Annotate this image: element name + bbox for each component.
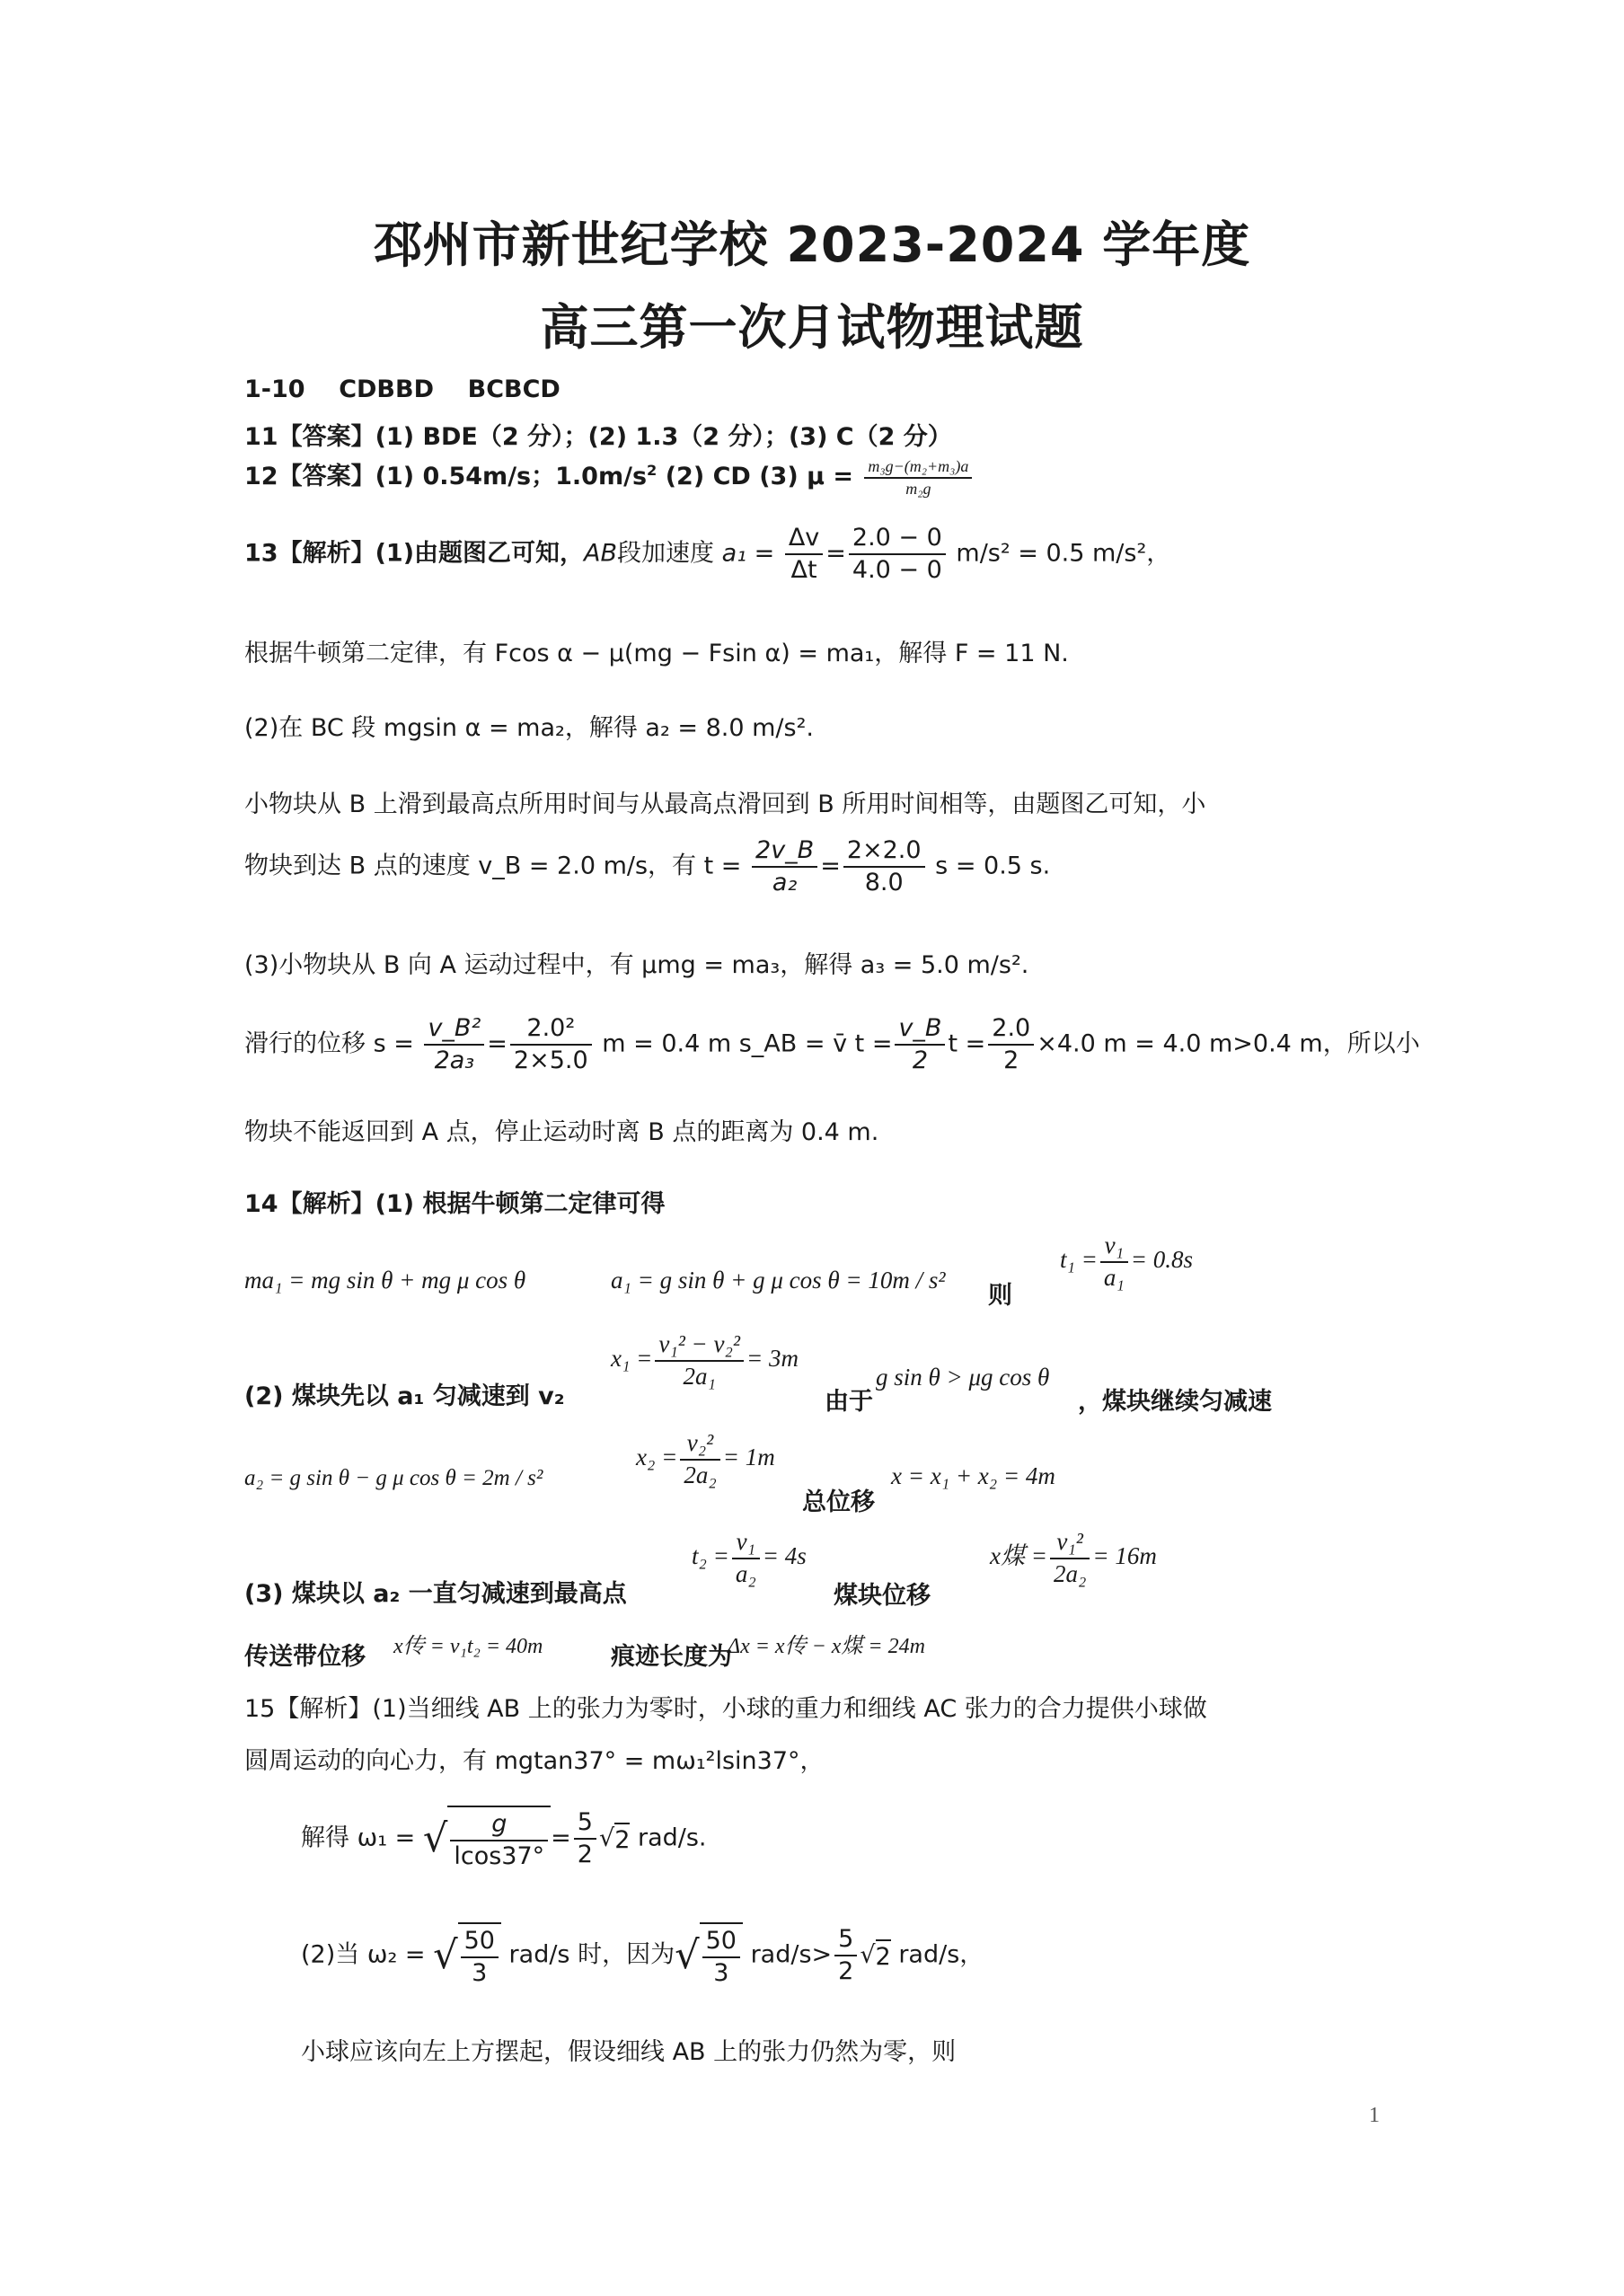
q14-eq-t1: t₁ =v₁a₁= 0.8s	[1060, 1231, 1193, 1294]
title-school-year: 邳州市新世纪学校 2023-2024 学年度	[0, 207, 1624, 276]
q15-part1: 15【解析】(1)当细线 AB 上的张力为零时，小球的重力和细线 AC 张力的合…	[244, 1689, 1207, 1724]
q14-total-label: 总位移	[802, 1482, 875, 1517]
q14-eq-t2: t₂ =v₁a₂= 4s	[692, 1527, 807, 1590]
q14-part1: 14【解析】(1) 根据牛顿第二定律可得	[244, 1184, 665, 1219]
q15-assumption: 小球应该向左上方摆起，假设细线 AB 上的张力仍然为零，则	[301, 2032, 956, 2067]
title-exam-name: 高三第一次月试物理试题	[0, 289, 1624, 358]
page-number: 1	[1369, 2104, 1380, 2128]
q11-answer: 11【答案】(1) BDE（2 分）；(2) 1.3（2 分）；(3) C（2 …	[244, 417, 952, 452]
mc-group-2: BCBCD	[468, 375, 560, 403]
q13-time-calc: 物块到达 B 点的速度 v_B = 2.0 m/s，有 t = 2v_Ba₂=2…	[244, 835, 1050, 898]
q14-eq-trace: Δx = x传 − x煤 = 24m	[728, 1628, 925, 1659]
q14-eq-x2: x₂ =v₂²2a₂= 1m	[636, 1428, 775, 1491]
q12-mu-fraction: m₃g−(m₂+m₃)a m₂g	[864, 456, 972, 499]
q13-newton-law: 根据牛顿第二定律，有 Fcos α − μ(mg − Fsin α) = ma₁…	[244, 633, 1069, 668]
q14-eq-ma1: ma₁ = mg sin θ + mg μ cos θ	[244, 1267, 525, 1294]
q14-eq-coal-displacement: x煤 =v₁²2a₂= 16m	[990, 1527, 1157, 1590]
q14-eq-a2: a₂ = g sin θ − g μ cos θ = 2m / s²	[244, 1466, 543, 1491]
q14-eq-a1: a₁ = g sin θ + g μ cos θ = 10m / s²	[611, 1267, 945, 1294]
q13-displacement: 滑行的位移 s = v_B²2a₃=2.0²2×5.0 m = 0.4 m s_…	[244, 1013, 1420, 1076]
q14-continue-decel: ，煤块继续匀减速	[1078, 1382, 1272, 1417]
q14-eq-inequality: g sin θ > μg cos θ	[876, 1364, 1049, 1391]
q14-trace-label: 痕迹长度为	[611, 1637, 732, 1672]
q14-because: 由于	[825, 1382, 873, 1417]
q15-omega1: 解得 ω₁ = √glcos37°=52√2 rad/s.	[301, 1806, 707, 1872]
q13-part2: (2)在 BC 段 mgsin α = ma₂，解得 a₂ = 8.0 m/s²…	[244, 708, 814, 743]
q14-part3-label: (3) 煤块以 a₂ 一直匀减速到最高点	[244, 1574, 627, 1609]
q13-part3: (3)小物块从 B 向 A 运动过程中，有 μmg = ma₃，解得 a₃ = …	[244, 945, 1028, 980]
q14-eq-belt: x传 = v₁t₂ = 40m	[393, 1628, 543, 1659]
q14-eq-total: x = x₁ + x₂ = 4m	[891, 1462, 1055, 1490]
q14-then: 则	[988, 1276, 1012, 1311]
mc-answers: 1-10 CDBBD BCBCD	[244, 375, 560, 403]
q15-centripetal: 圆周运动的向心力，有 mgtan37° = mω₁²lsin37°，	[244, 1741, 825, 1776]
mc-group-1: CDBBD	[339, 375, 434, 403]
q12-answer: 12【答案】(1) 0.54m/s；1.0m/s2 (2) CD (3) μ =…	[244, 456, 975, 499]
q13-time-symmetry: 小物块从 B 上滑到最高点所用时间与从最高点滑回到 B 所用时间相等，由题图乙可…	[244, 784, 1205, 819]
q15-omega2: (2)当 ω₂ = √503 rad/s 时，因为√503 rad/s>52√2…	[301, 1922, 984, 1989]
q14-part2-label: (2) 煤块先以 a₁ 匀减速到 v₂	[244, 1376, 565, 1411]
q13-part1: 13【解析】(1)由题图乙可知，AB段加速度 a₁ = ΔvΔt=2.0 − 0…	[244, 523, 1170, 586]
q14-eq-x1: x₁ =v₁² − v₂²2a₁= 3m	[611, 1329, 799, 1392]
q14-coal-displacement-label: 煤块位移	[834, 1576, 931, 1611]
q13-conclusion: 物块不能返回到 A 点，停止运动时离 B 点的距离为 0.4 m.	[244, 1112, 878, 1147]
mc-range: 1-10	[244, 375, 305, 403]
q14-belt-label: 传送带位移	[244, 1637, 366, 1672]
